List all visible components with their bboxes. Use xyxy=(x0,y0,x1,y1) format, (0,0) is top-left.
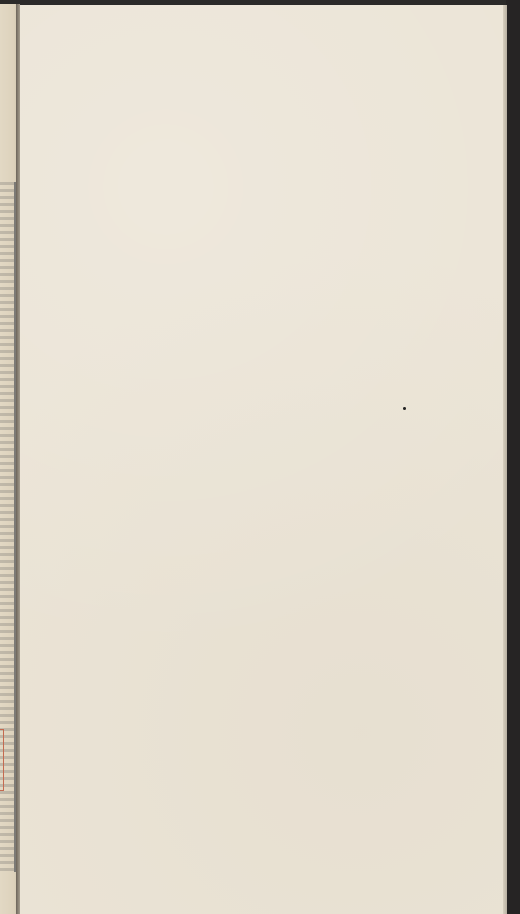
paper-speck xyxy=(403,407,406,410)
scan-background xyxy=(506,0,520,914)
blank-page xyxy=(20,5,506,914)
facing-page-red-rule xyxy=(0,729,4,791)
page-right-edge xyxy=(503,5,507,914)
